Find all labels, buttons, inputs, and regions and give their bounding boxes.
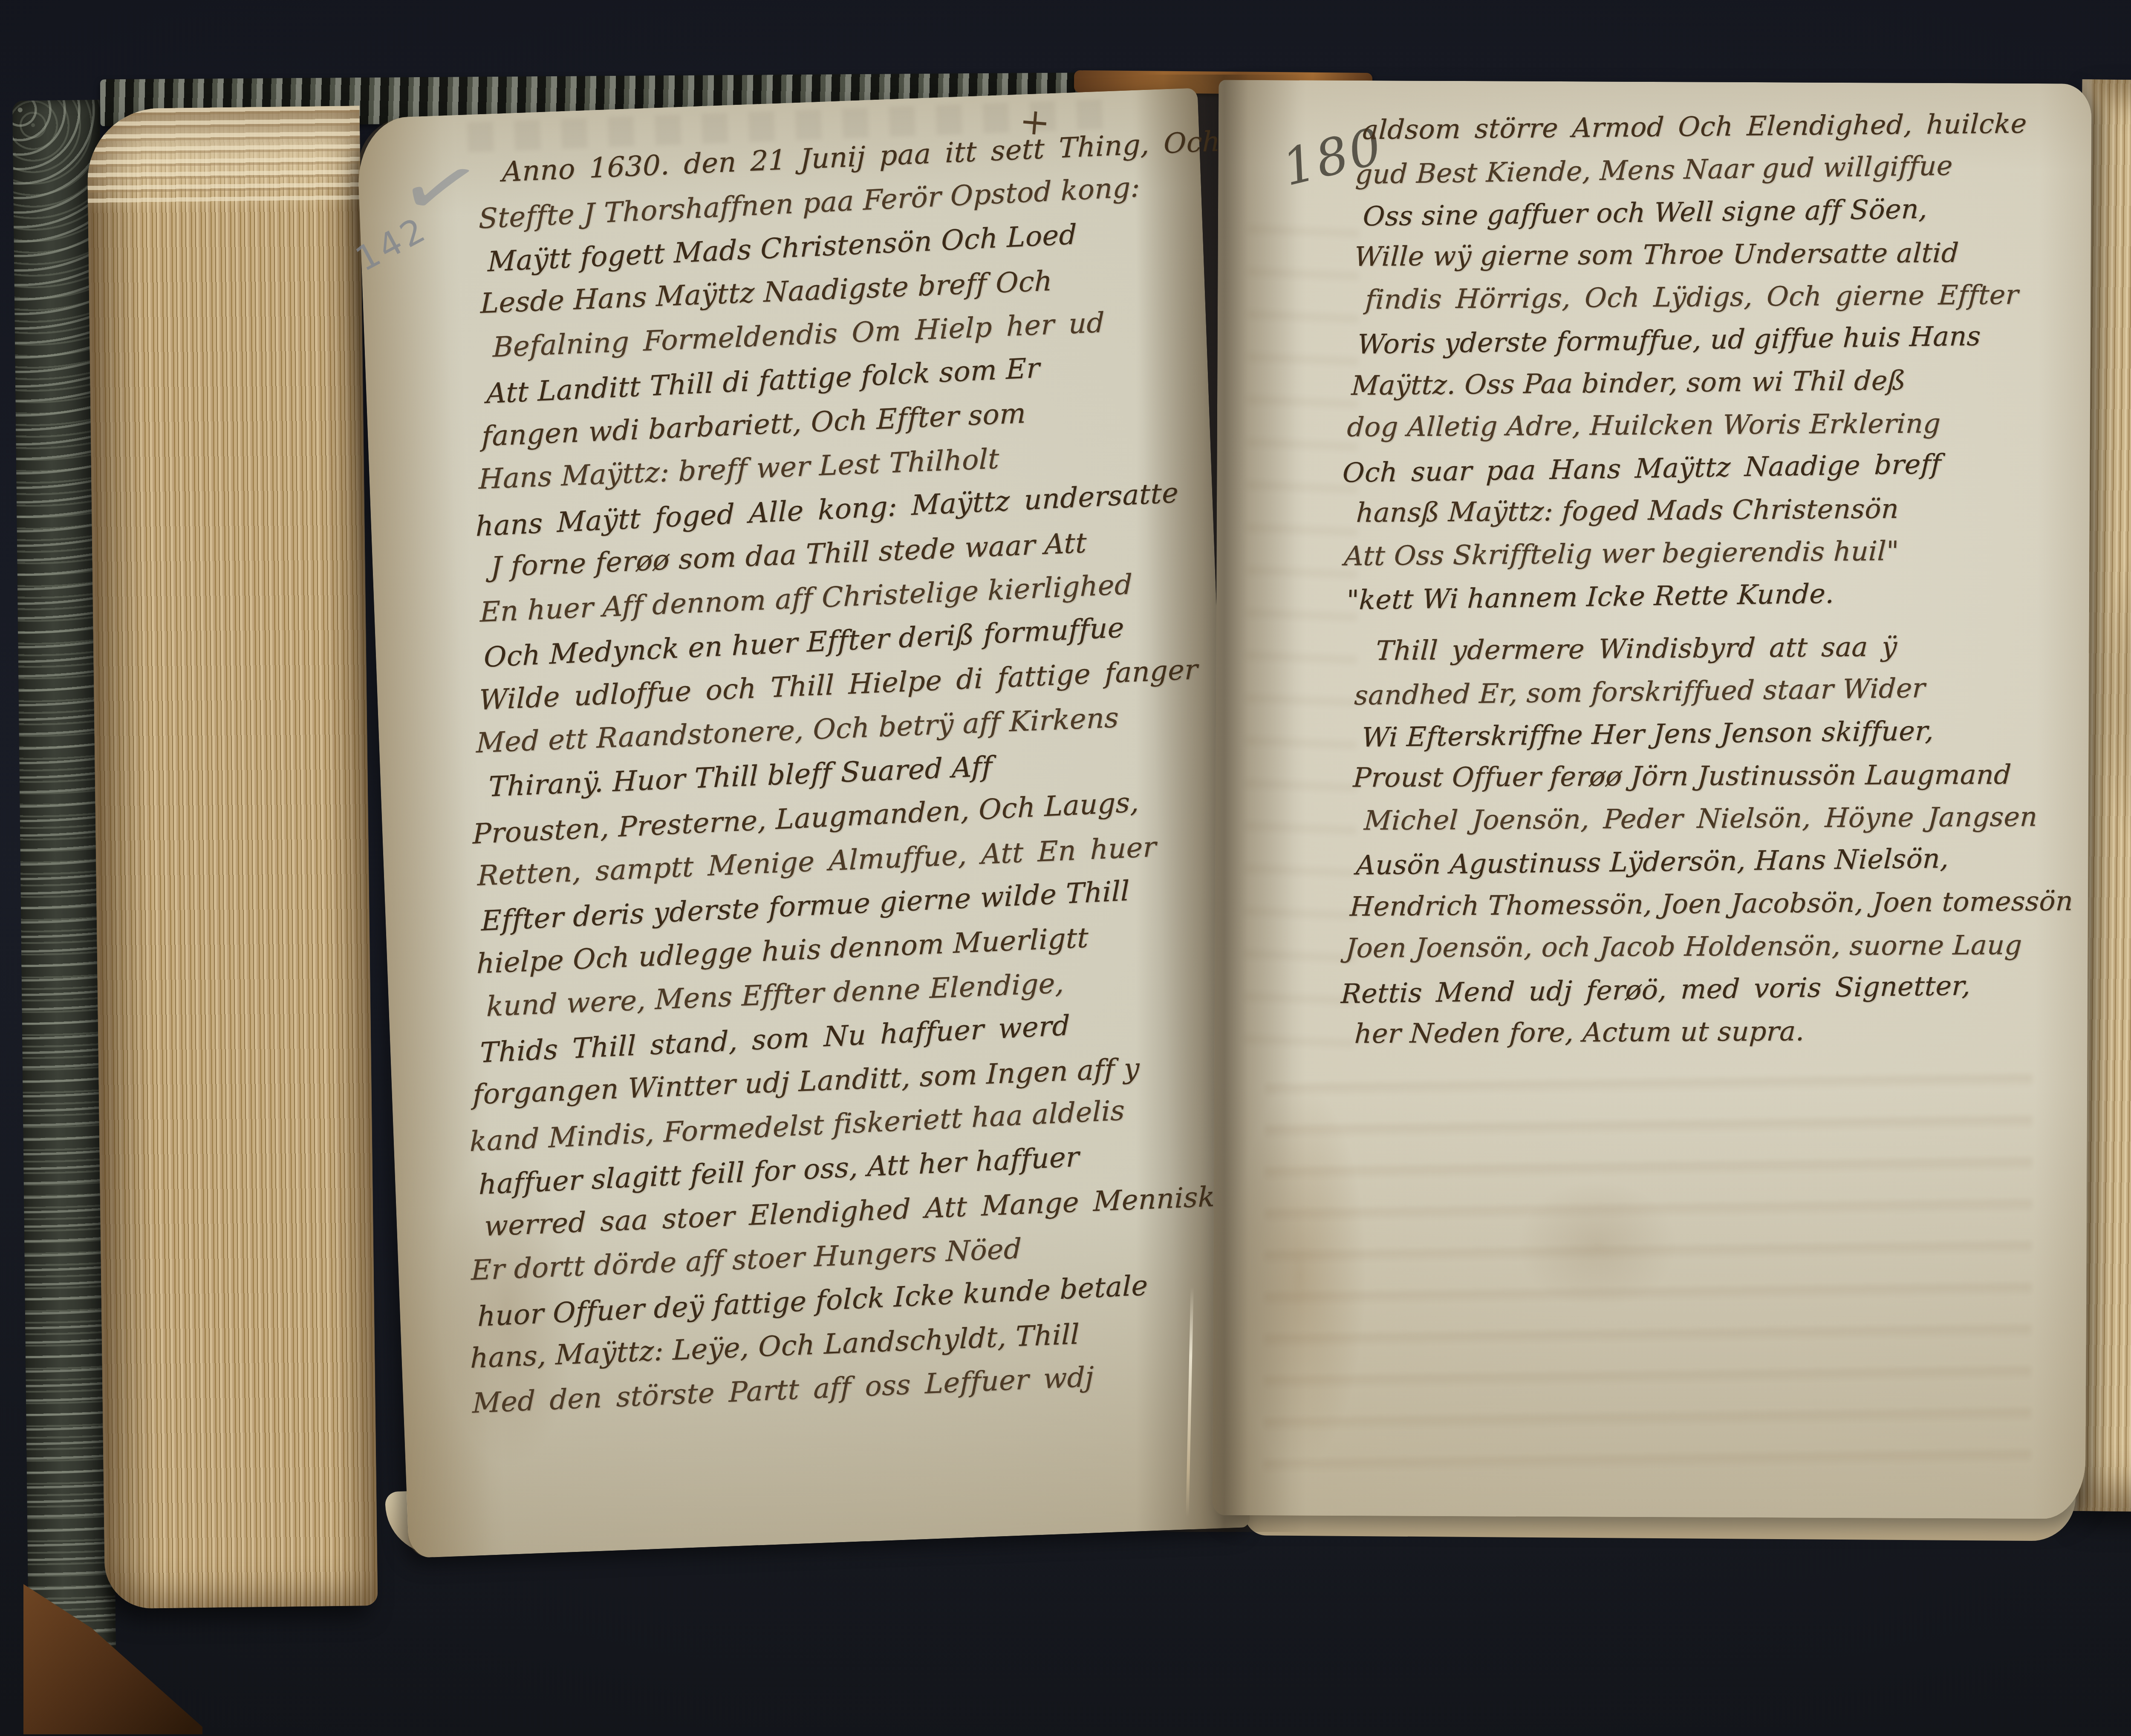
manuscript-line: findis Hörrigs, Och Lÿdigs, Och gierne E…: [1364, 279, 2082, 327]
right-page-paragraph-1: aldsom större Armod Och Elendighed, huil…: [1341, 107, 2079, 626]
left-page-stack-fore-edge: [87, 106, 378, 1609]
pencil-checkmark-icon: ✓: [390, 135, 490, 242]
manuscript-line: Michel Joensön, Peder Nielsön, Höyne Jan…: [1363, 801, 2081, 848]
manuscript-line: hansß Maÿttz: foged Mads Christensön: [1355, 492, 2073, 540]
manuscript-line: Thill ydermere Windisbyrd att saa ÿ: [1374, 630, 2078, 678]
manuscript-line: dog Alletig Adre, Huilcken Woris Erkleri…: [1346, 407, 2064, 454]
manuscript-line: her Neden fore, Actum ut supra.: [1353, 1014, 2071, 1061]
left-page-text: Anno 1630. den 21 Junij paa itt sett Thi…: [472, 126, 1208, 1432]
manuscript-line: Woris yderste formuffue, ud giffue huis …: [1357, 319, 2074, 372]
bleed-through-layer: [1244, 216, 1359, 1069]
manuscript-line: Rettis Mend udj ferøö, med voris Signett…: [1340, 969, 2058, 1021]
right-page: 180 aldsom större Armod Och Elendighed, …: [1213, 80, 2092, 1519]
manuscript-line: Joen Joensön, och Jacob Holdensön, suorn…: [1344, 929, 2062, 975]
manuscript-line: Wille wÿ gierne som Throe Undersatte alt…: [1353, 236, 2071, 284]
bleed-through-layer: [1264, 1060, 2033, 1490]
manuscript-line: "kett Wi hannem Icke Rette Kunde.: [1346, 575, 2063, 627]
left-page: 142 ✓ + Anno 1630. den 21 Junij paa itt …: [356, 88, 1250, 1558]
manuscript-line: Ausön Agustinuss Lÿdersön, Hans Nielsön,: [1355, 842, 2073, 893]
manuscript-line: Att Oss Skrifftelig wer begierendis huil…: [1343, 534, 2061, 583]
manuscript-line: Proust Offuer ferøø Jörn Justinussön Lau…: [1352, 759, 2070, 805]
manuscript-line: Och suar paa Hans Maÿttz Naadige breff: [1342, 447, 2059, 500]
manuscript-line: Wi Efterskriffne Her Jens Jenson skiffue…: [1361, 714, 2079, 765]
manuscript-line: Oss sine gaffuer och Well signe aff Söen…: [1362, 191, 2079, 244]
manuscript-line: Hendrich Thomessön, Joen Jacobsön, Joen …: [1349, 885, 2067, 934]
photo-background: 142 ✓ + Anno 1630. den 21 Junij paa itt …: [0, 0, 2131, 1736]
right-page-paragraph-2: Thill ydermere Windisbyrd att saa ÿsandh…: [1343, 630, 2078, 1062]
manuscript-line: Maÿttz. Oss Paa binder, som wi Thil deß: [1350, 363, 2068, 413]
